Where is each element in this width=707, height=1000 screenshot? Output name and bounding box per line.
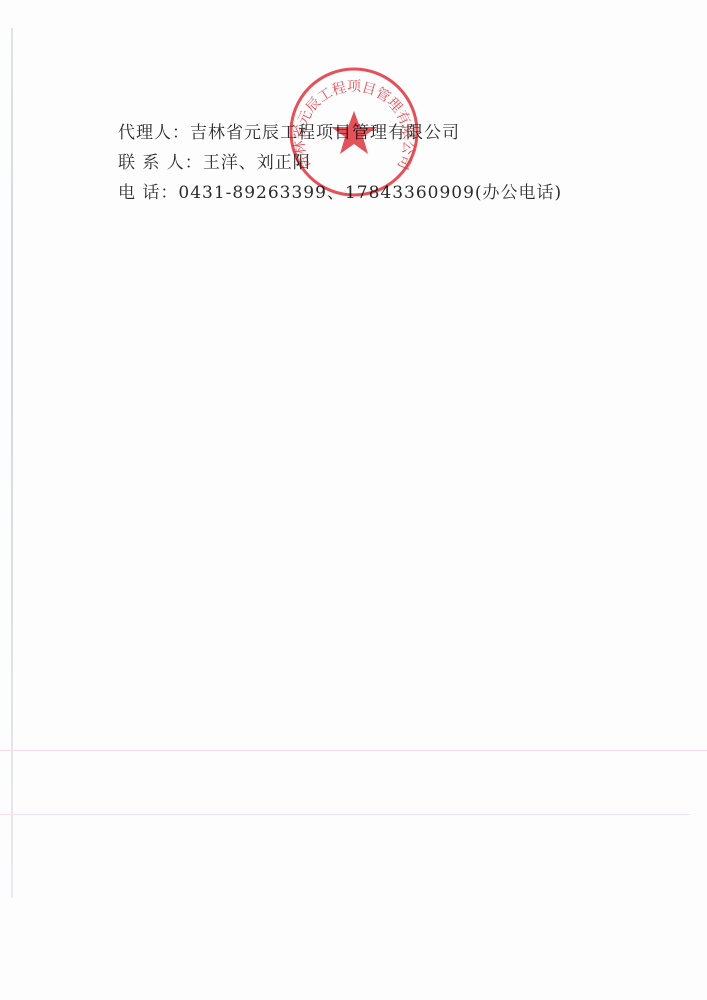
phone-value: 0431-89263399、17843360909(办公电话) — [178, 183, 562, 203]
scan-artifact-line — [0, 750, 707, 751]
contact-person-label: 联 系 人： — [118, 148, 203, 178]
phone-line: 电 话：0431-89263399、17843360909(办公电话) — [118, 178, 562, 208]
agent-line: 代理人：吉林省元辰工程项目管理有限公司 — [118, 118, 562, 148]
phone-label: 电 话： — [118, 178, 178, 208]
contact-person-value: 王洋、刘正阳 — [203, 153, 311, 173]
contact-person-line: 联 系 人：王洋、刘正阳 — [118, 148, 562, 178]
agent-label: 代理人： — [118, 118, 190, 148]
agent-value: 吉林省元辰工程项目管理有限公司 — [190, 123, 460, 143]
contact-block: 代理人：吉林省元辰工程项目管理有限公司 联 系 人：王洋、刘正阳 电 话：043… — [118, 118, 562, 208]
scan-artifact-line — [0, 814, 690, 815]
scan-edge-line — [11, 28, 13, 898]
